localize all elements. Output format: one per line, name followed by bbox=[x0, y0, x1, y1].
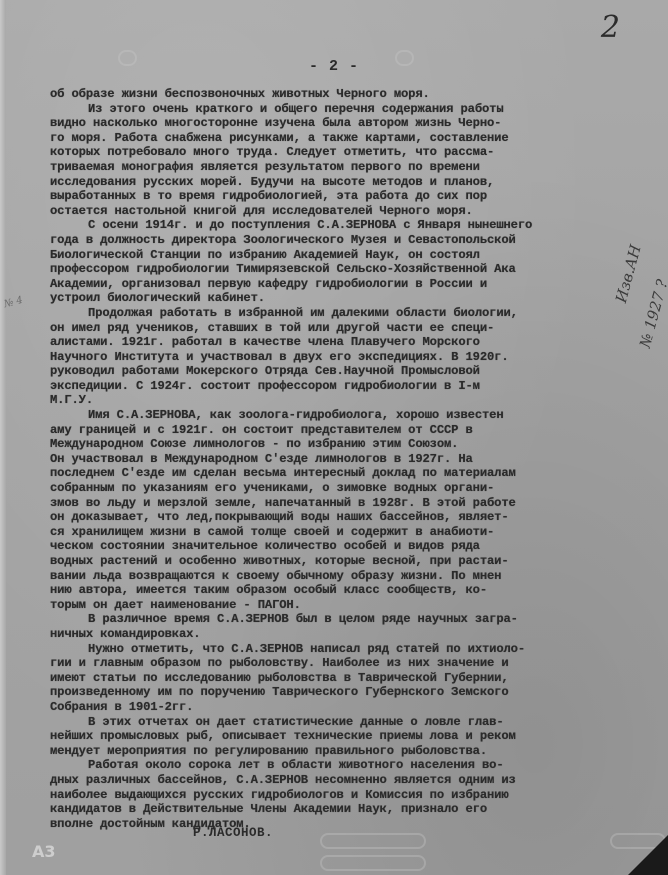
typewritten-body: об образе жизни беспозвоночных животных … bbox=[50, 87, 610, 831]
document-page: 2 - 2 - об образе жизни беспозвоночных ж… bbox=[0, 0, 668, 875]
text-line: Он участвовал в Международном С'езде лим… bbox=[50, 452, 610, 467]
text-line: Биологической Станции по избранию Академ… bbox=[50, 248, 610, 263]
text-line: профессором гидробиологии Тимирязевской … bbox=[50, 262, 610, 277]
text-line: аму границей и с 1921г. он состоит предс… bbox=[50, 423, 610, 438]
text-line: алистами. 1921г. работал в качестве член… bbox=[50, 335, 610, 350]
text-line: ческом состоянии значительное количество… bbox=[50, 539, 610, 554]
text-line: гии и главным образом по рыболовству. На… bbox=[50, 656, 610, 671]
text-line: исследования русских морей. Будучи на вы… bbox=[50, 175, 610, 190]
text-line: торым он дает наименование - ПАГОН. bbox=[50, 598, 610, 613]
margin-note-left: № 4 bbox=[3, 295, 24, 311]
text-line: имеют статьи по исследованию рыболовства… bbox=[50, 671, 610, 686]
text-line: видно насколько многосторонне изучена бы… bbox=[50, 116, 610, 131]
text-line: Международном Союзе лимнологов - по избр… bbox=[50, 437, 610, 452]
text-line: кандидатов в Действительные Члены Академ… bbox=[50, 802, 610, 817]
text-line: ся хранилищем жизни в самой толще своей … bbox=[50, 525, 610, 540]
typed-page-number: - 2 - bbox=[0, 58, 668, 75]
text-line: экспедиции. С 1924г. состоит профессором… bbox=[50, 379, 610, 394]
corner-fold bbox=[628, 835, 668, 875]
text-line: наиболее выдающихся русских гидробиолого… bbox=[50, 788, 610, 803]
text-line: ничных командировках. bbox=[50, 627, 610, 642]
text-line: он имел ряд учеников, ставших в той или … bbox=[50, 321, 610, 336]
text-line: Собрания в 1901-2гг. bbox=[50, 700, 610, 715]
text-line: Имя С.А.ЗЕРНОВА, как зоолога-гидробиолог… bbox=[50, 408, 610, 423]
text-line: вании льда возвращаются к своему обычном… bbox=[50, 569, 610, 584]
text-line: произведенному им по поручению Таврическ… bbox=[50, 685, 610, 700]
text-line: вполне достойным кандидатом. bbox=[50, 817, 610, 832]
text-line: Из этого очень краткого и общего перечня… bbox=[50, 102, 610, 117]
text-line: нейших промысловых рыб, описывает технич… bbox=[50, 729, 610, 744]
text-line: он доказывает, что лед,покрывающий воды … bbox=[50, 510, 610, 525]
ghost-stamp bbox=[320, 833, 426, 849]
text-line: водных растений и особенно животных, кот… bbox=[50, 554, 610, 569]
text-line: года в должность директора Зоологическог… bbox=[50, 233, 610, 248]
text-line: Продолжая работать в избранной им далеки… bbox=[50, 306, 610, 321]
text-line: мендует мероприятия по регулированию пра… bbox=[50, 744, 610, 759]
text-line: последнем С'езде им сделан весьма интере… bbox=[50, 466, 610, 481]
text-line: Работая около сорока лет в области живот… bbox=[50, 758, 610, 773]
text-line: об образе жизни беспозвоночных животных … bbox=[50, 87, 610, 102]
margin-note-right-year: № 1927 ? bbox=[636, 277, 668, 349]
text-line: Нужно отметить, что С.А.ЗЕРНОВ написал р… bbox=[50, 642, 610, 657]
text-line: С осени 1914г. и до поступления С.А.ЗЕРН… bbox=[50, 218, 610, 233]
text-line: триваемая монография является результато… bbox=[50, 160, 610, 175]
margin-note-right: Изв.АН bbox=[612, 243, 645, 305]
text-line: руководил работами Мокерского Отряда Сев… bbox=[50, 364, 610, 379]
text-line: В различное время С.А.ЗЕРНОВ был в целом… bbox=[50, 612, 610, 627]
text-line: М.Г.У. bbox=[50, 393, 610, 408]
text-line: дных различных бассейнов, С.А.ЗЕРНОВ нес… bbox=[50, 773, 610, 788]
text-line: В этих отчетах он дает статистические да… bbox=[50, 715, 610, 730]
text-line: змов во льду и мерзлой земле, напечатанн… bbox=[50, 496, 610, 511]
text-line: нию автора, имеется таким образом особый… bbox=[50, 583, 610, 598]
text-line: Научного Института и участвовал в двух е… bbox=[50, 350, 610, 365]
signature: Р.ЛАСОНОВ. bbox=[193, 826, 273, 840]
text-line: выработанных в то время гидробиологией, … bbox=[50, 189, 610, 204]
text-line: собранным по указаниям его учениками, о … bbox=[50, 481, 610, 496]
text-line: которых потребовало много труда. Следует… bbox=[50, 145, 610, 160]
text-line: устроил биологический кабинет. bbox=[50, 291, 610, 306]
ghost-stamp bbox=[320, 855, 426, 871]
text-line: остается настольной книгой для исследова… bbox=[50, 204, 610, 219]
text-line: Академии, организовал первую кафедру гид… bbox=[50, 277, 610, 292]
archive-mark: A3 bbox=[32, 842, 56, 861]
handwritten-page-number: 2 bbox=[601, 10, 620, 45]
text-line: го моря. Работа снабжена рисунками, а та… bbox=[50, 131, 610, 146]
page-edge bbox=[0, 0, 6, 875]
